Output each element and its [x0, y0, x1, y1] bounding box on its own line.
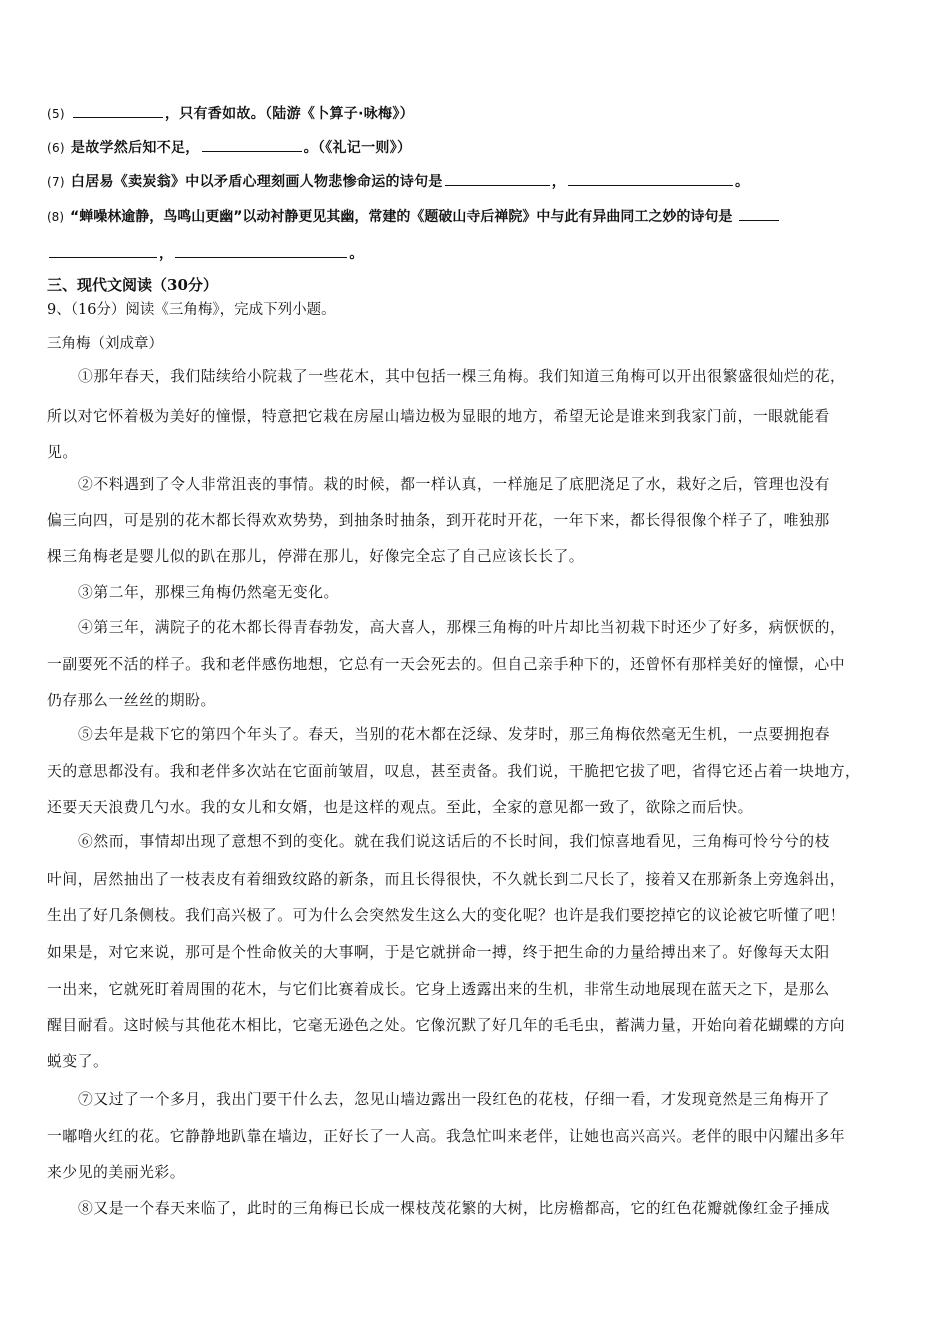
section-title: 三、现代文阅读（30分） — [47, 275, 218, 295]
question-number: (7) — [47, 175, 65, 189]
article-line: 如果是，对它来说，那可是个性命攸关的大事啊，于是它就拼命一搏，终于把生命的力量给… — [47, 943, 830, 963]
article-line: ⑤去年是栽下它的第四个年头了。春天，当别的花木都在泛绿、发芽时，那三角梅依然毫无… — [78, 725, 830, 745]
article-line: 来少见的美丽光彩。 — [47, 1163, 185, 1183]
question-text: 。（《礼记一则》） — [304, 140, 412, 156]
article-line: 一副要死不活的样子。我和老伴感伤地想，它总有一天会死去的。但自己亲手种下的，还曾… — [47, 655, 845, 675]
article-line: 还要天天浪费几勺水。我的女儿和女婿，也是这样的观点。至此，全家的意见都一致了，欲… — [47, 798, 753, 818]
question-6: (6)是故学然后知不足，。（《礼记一则》） — [47, 137, 411, 158]
article-line: ⑦又过了一个多月，我出门要干什么去，忽见山墙边露出一段红色的花枝，仔细一看，才发… — [78, 1090, 830, 1110]
article-line: 一嘟噜火红的花。它静静地趴靠在墙边，正好长了一人高。我急忙叫来老伴，让她也高兴高… — [47, 1127, 845, 1147]
answer-blank[interactable] — [175, 243, 347, 258]
answer-blank[interactable] — [73, 103, 163, 118]
question-5: (5)，只有香如故。（陆游《卜算子·咏梅》） — [47, 103, 414, 124]
article-line: 棵三角梅老是婴儿似的趴在那儿，停滞在那儿，好像完全忘了自己应该长长了。 — [47, 547, 584, 567]
question-7: (7)白居易《卖炭翁》中以矛盾心理刻画人物悲惨命运的诗句是，。 — [47, 171, 749, 192]
answer-blank[interactable] — [445, 171, 550, 186]
article-line: 天的意思都没有。我和老伴多次站在它面前皱眉，叹息，甚至责备。我们说，干脆把它拔了… — [47, 762, 860, 782]
article-line: ⑧又是一个春天来临了，此时的三角梅已长成一棵枝茂花繁的大树，比房檐都高，它的红色… — [78, 1199, 830, 1219]
question-text: “蝉噪林逾静，鸟鸣山更幽”以动衬静更见其幽，常建的《题破山寺后禅院》中与此有异曲… — [70, 209, 732, 225]
question-text: 白居易《卖炭翁》中以矛盾心理刻画人物悲惨命运的诗句是 — [71, 174, 443, 190]
article-line: 醒目耐看。这时候与其他花木相比，它毫无逊色之处。它像沉默了好几年的毛毛虫，蓄满力… — [47, 1016, 845, 1036]
article-line: ①那年春天，我们陆续给小院栽了一些花木，其中包括一棵三角梅。我们知道三角梅可以开… — [78, 367, 845, 387]
question-number: (5) — [47, 107, 65, 121]
article-line: 生出了好几条侧枝。我们高兴极了。可为什么会突然发生这么大的变化呢？也许是我们要挖… — [47, 906, 845, 926]
article-line: ⑥然而，事情却出现了意想不到的变化。就在我们说这话后的不长时间，我们惊喜地看见，… — [78, 832, 830, 852]
question-text: ， — [552, 174, 566, 190]
article-line: ②不料遇到了令人非常沮丧的事情。栽的时候，都一样认真，一样施足了底肥浇足了水，栽… — [78, 475, 830, 495]
answer-blank[interactable] — [568, 171, 733, 186]
article-title: 三角梅（刘成章） — [47, 334, 163, 354]
article-line: 蜕变了。 — [47, 1052, 108, 1072]
question-number: (8) — [47, 210, 64, 224]
article-line: 叶间，居然抽出了一枝表皮有着细致纹路的新条，而且长得很快，不久就长到二尺长了，接… — [47, 870, 845, 890]
answer-blank[interactable] — [49, 243, 157, 258]
question-9-prompt: 9、（16分）阅读《三角梅》，完成下列小题。 — [47, 300, 336, 320]
question-text: 。 — [349, 246, 363, 262]
question-8: (8)“蝉噪林逾静，鸟鸣山更幽”以动衬静更见其幽，常建的《题破山寺后禅院》中与此… — [47, 206, 781, 227]
answer-blank[interactable] — [202, 137, 302, 152]
article-line: ③第二年，那棵三角梅仍然毫无变化。 — [78, 583, 339, 603]
question-number: (6) — [47, 141, 65, 155]
article-line: 见。 — [47, 443, 78, 463]
question-text: ， — [159, 246, 173, 262]
article-line: 所以对它怀着极为美好的憧憬，特意把它栽在房屋山墙边极为显眼的地方，希望无论是谁来… — [47, 407, 830, 427]
article-line: 仍存那么一丝丝的期盼。 — [47, 691, 216, 711]
question-text: 。 — [735, 174, 749, 190]
question-text: ，只有香如故。（陆游《卜算子·咏梅》） — [165, 106, 414, 122]
article-line: 偏三向四，可是别的花木都长得欢欢势势，到抽条时抽条，到开花时开花，一年下来，都长… — [47, 511, 830, 531]
article-line: ④第三年，满院子的花木都长得青春勃发，高大喜人，那棵三角梅的叶片却比当初栽下时还… — [78, 618, 845, 638]
article-line: 一出来，它就死盯着周围的花木，与它们比赛着成长。它身上透露出来的生机，非常生动地… — [47, 980, 830, 1000]
question-text: 是故学然后知不足， — [71, 140, 200, 156]
question-8-continued: ，。 — [47, 243, 364, 264]
answer-blank[interactable] — [739, 206, 779, 221]
